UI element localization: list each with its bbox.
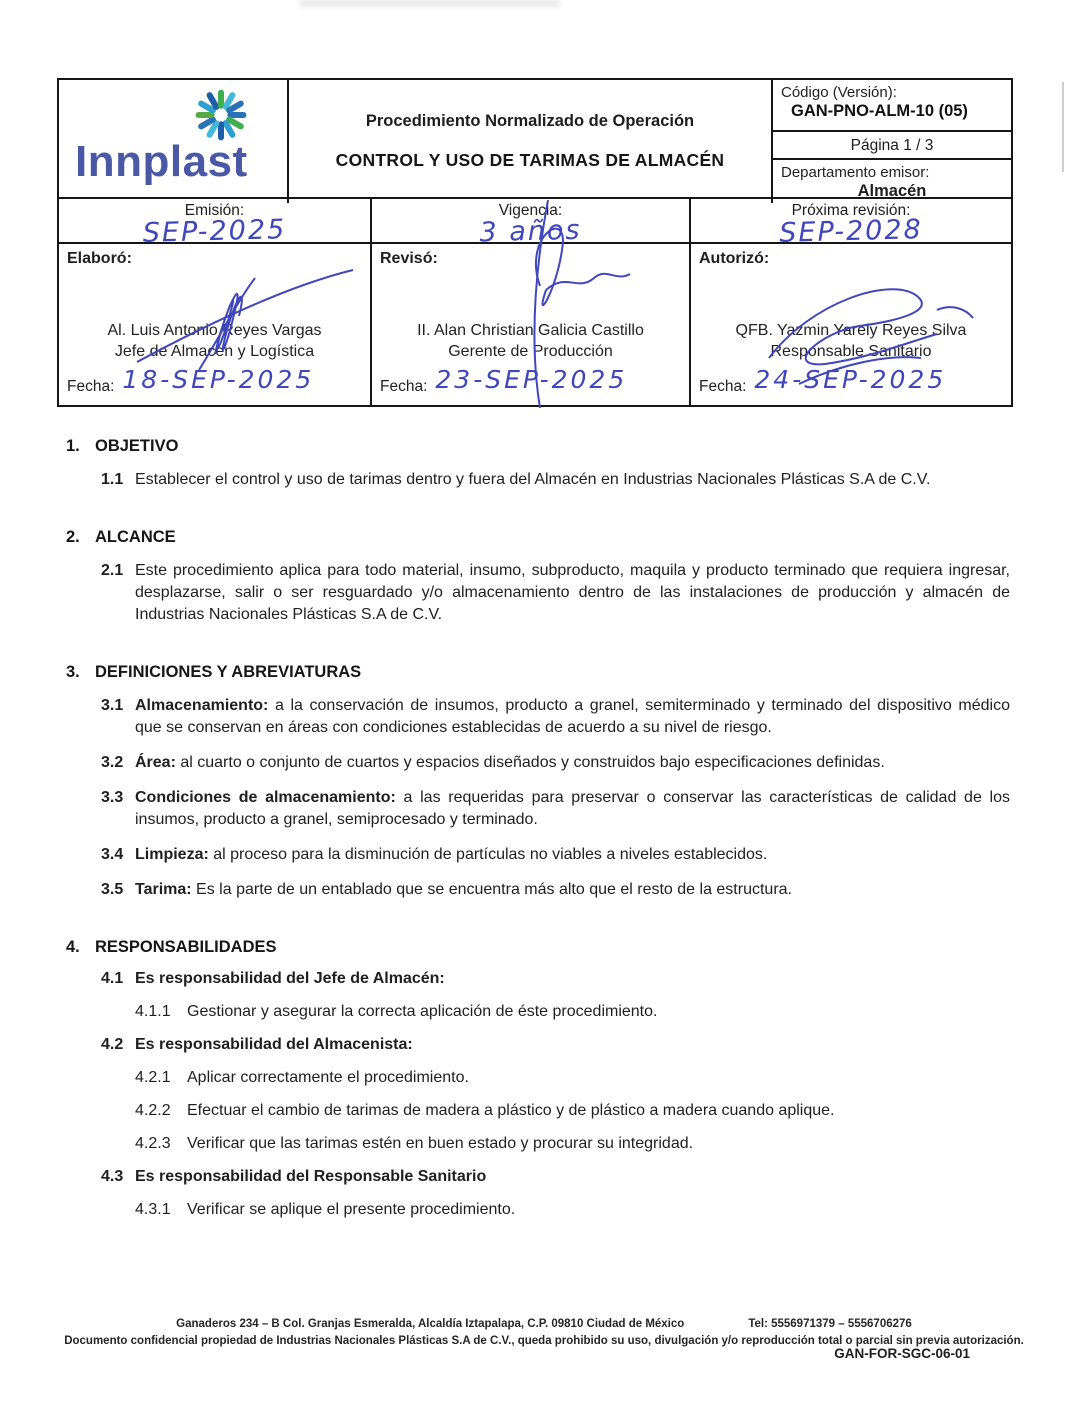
reviso-name: II. Alan Christian Galicia Castillo	[372, 320, 689, 341]
department-box: Departamento emisor: Almacén	[773, 158, 1011, 203]
elaboro-name: Al. Luis Antonio Reyes Vargas	[59, 320, 370, 341]
clause-number: 4.3.1	[135, 1199, 187, 1221]
dates-row: Emisión: SEP-2025 Vigencia: 3 años Próxi…	[59, 197, 1011, 242]
definition-term: Área:	[135, 754, 176, 771]
definition-term: Almacenamiento:	[135, 697, 268, 714]
footer-telephone: Tel: 5556971379 – 5556706276	[748, 1316, 912, 1333]
definition: 3.5 Tarima: Es la parte de un entablado …	[101, 879, 1010, 901]
reviso-role: Gerente de Producción	[372, 341, 689, 362]
autorizo-cell: Autorizó: QFB. Yazmin Yarely Reyes Silva…	[689, 244, 1011, 405]
clause-text: Condiciones de almacenamiento: a las req…	[135, 787, 1010, 831]
elaboro-role: Jefe de Almacen y Logística	[59, 341, 370, 362]
code-box: Código (Versión): GAN-PNO-ALM-10 (05)	[773, 80, 1011, 130]
scan-artifact	[300, 0, 560, 7]
clause-text: Área: al cuarto o conjunto de cuartos y …	[135, 752, 1010, 774]
clause-number: 3.5	[101, 879, 135, 901]
header-row-top: Innplast Procedimiento Normalizado de Op…	[59, 80, 1011, 197]
clause-text: Limpieza: al proceso para la disminución…	[135, 844, 1010, 866]
clause-text: Verificar que las tarimas estén en buen …	[187, 1133, 1010, 1155]
clause-text: Es responsabilidad del Responsable Sanit…	[135, 1166, 1010, 1188]
reviso-fecha-handwritten: 23-SEP-2025	[435, 365, 627, 394]
clause-text: Aplicar correctamente el procedimiento.	[187, 1067, 1010, 1089]
clause-text: Verificar se aplique el presente procedi…	[187, 1199, 1010, 1221]
fecha-label: Fecha:	[67, 378, 114, 395]
clause-number: 4.2.2	[135, 1100, 187, 1122]
scan-artifact	[1062, 82, 1064, 172]
clause-number: 3.2	[101, 752, 135, 774]
department-label: Departamento emisor:	[781, 164, 1003, 181]
page-indicator: Página 1 / 3	[773, 130, 1011, 158]
section-number: 4.	[66, 938, 95, 957]
elaboro-fecha-handwritten: 18-SEP-2025	[122, 365, 314, 394]
footer-form-code: GAN-FOR-SGC-06-01	[834, 1346, 970, 1361]
section-definiciones: 3. DEFINICIONES Y ABREVIATURAS 3.1 Almac…	[66, 663, 1010, 901]
clause-text: Tarima: Es la parte de un entablado que …	[135, 879, 1010, 901]
clause-number: 3.3	[101, 787, 135, 831]
section-objetivo: 1. OBJETIVO 1.1 Establecer el control y …	[66, 437, 1010, 491]
header-table: Innplast Procedimiento Normalizado de Op…	[57, 78, 1013, 407]
clause-text: Es responsabilidad del Almacenista:	[135, 1034, 1010, 1056]
emission-cell: Emisión: SEP-2025	[59, 199, 370, 242]
elaboro-name-role: Al. Luis Antonio Reyes Vargas Jefe de Al…	[59, 320, 370, 362]
clause-number: 4.1	[101, 968, 135, 990]
document-page: Innplast Procedimiento Normalizado de Op…	[0, 0, 1088, 1408]
section-title: ALCANCE	[95, 528, 176, 547]
autorizo-fecha-handwritten: 24-SEP-2025	[754, 365, 946, 394]
clause: 1.1 Establecer el control y uso de tarim…	[101, 469, 1010, 491]
clause-text: Efectuar el cambio de tarimas de madera …	[187, 1100, 1010, 1122]
validity-cell: Vigencia: 3 años	[370, 199, 689, 242]
clause-number: 3.4	[101, 844, 135, 866]
clause-text: Gestionar y asegurar la correcta aplicac…	[187, 1001, 1010, 1023]
clause: 2.1 Este procedimiento aplica para todo …	[101, 560, 1010, 626]
clause-number: 3.1	[101, 695, 135, 739]
section-title: DEFINICIONES Y ABREVIATURAS	[95, 663, 361, 682]
definition: 3.1 Almacenamiento: a la conservación de…	[101, 695, 1010, 739]
responsibility: 4.3 Es responsabilidad del Responsable S…	[101, 1166, 1010, 1188]
definition: 3.3 Condiciones de almacenamiento: a las…	[101, 787, 1010, 831]
reviso-fecha: Fecha:23-SEP-2025	[380, 368, 627, 397]
section-alcance: 2. ALCANCE 2.1 Este procedimiento aplica…	[66, 528, 1010, 626]
logo-cell: Innplast	[59, 80, 287, 203]
title-cell: Procedimiento Normalizado de Operación C…	[287, 80, 771, 203]
clause-text: Es responsabilidad del Jefe de Almacén:	[135, 968, 1010, 990]
document-type: Procedimiento Normalizado de Operación	[366, 112, 694, 131]
definition: 3.4 Limpieza: al proceso para la disminu…	[101, 844, 1010, 866]
code-label: Código (Versión):	[781, 84, 1003, 101]
signatures-row: Elaboró: Al. Luis Antonio Reyes Vargas J…	[59, 242, 1011, 405]
next-review-cell: Próxima revisión: SEP-2028	[689, 199, 1011, 242]
section-number: 3.	[66, 663, 95, 682]
code-value: GAN-PNO-ALM-10 (05)	[781, 102, 1003, 121]
clause-number: 4.2.1	[135, 1067, 187, 1089]
autorizo-name-role: QFB. Yazmin Yarely Reyes Silva Responsab…	[691, 320, 1011, 362]
definition-term: Tarima:	[135, 881, 192, 898]
logo-text: Innplast	[75, 137, 248, 187]
section-responsabilidades: 4. RESPONSABILIDADES 4.1 Es responsabili…	[66, 938, 1010, 1221]
responsibility-sub: 4.2.3 Verificar que las tarimas estén en…	[135, 1133, 1010, 1155]
fecha-label: Fecha:	[380, 378, 427, 395]
autorizo-fecha: Fecha:24-SEP-2025	[699, 368, 946, 397]
elaboro-label: Elaboró:	[67, 250, 132, 268]
section-title: OBJETIVO	[95, 437, 178, 456]
responsibility-sub: 4.3.1 Verificar se aplique el presente p…	[135, 1199, 1010, 1221]
responsibility: 4.1 Es responsabilidad del Jefe de Almac…	[101, 968, 1010, 990]
definition: 3.2 Área: al cuarto o conjunto de cuarto…	[101, 752, 1010, 774]
definition-term: Limpieza:	[135, 846, 209, 863]
clause-number: 2.1	[101, 560, 135, 626]
reviso-name-role: II. Alan Christian Galicia Castillo Gere…	[372, 320, 689, 362]
definition-term: Condiciones de almacenamiento:	[135, 789, 396, 806]
reviso-cell: Revisó: II. Alan Christian Galicia Casti…	[370, 244, 689, 405]
clause-number: 1.1	[101, 469, 135, 491]
elaboro-cell: Elaboró: Al. Luis Antonio Reyes Vargas J…	[59, 244, 370, 405]
section-title: RESPONSABILIDADES	[95, 938, 277, 957]
clause-text: Almacenamiento: a la conservación de ins…	[135, 695, 1010, 739]
autorizo-role: Responsable Sanitario	[691, 341, 1011, 362]
clause-text: Este procedimiento aplica para todo mate…	[135, 560, 1010, 626]
document-title: CONTROL Y USO DE TARIMAS DE ALMACÉN	[336, 150, 725, 171]
fecha-label: Fecha:	[699, 378, 746, 395]
responsibility: 4.2 Es responsabilidad del Almacenista:	[101, 1034, 1010, 1056]
elaboro-fecha: Fecha:18-SEP-2025	[67, 368, 314, 397]
clause-number: 4.3	[101, 1166, 135, 1188]
autorizo-label: Autorizó:	[699, 250, 769, 268]
responsibility-sub: 4.2.1 Aplicar correctamente el procedimi…	[135, 1067, 1010, 1089]
code-column: Código (Versión): GAN-PNO-ALM-10 (05) Pá…	[771, 80, 1011, 203]
reviso-label: Revisó:	[380, 250, 438, 268]
innplast-pinwheel-icon	[193, 87, 249, 143]
clause-number: 4.1.1	[135, 1001, 187, 1023]
responsibility-sub: 4.2.2 Efectuar el cambio de tarimas de m…	[135, 1100, 1010, 1122]
clause-text: Establecer el control y uso de tarimas d…	[135, 469, 1010, 491]
section-number: 1.	[66, 437, 95, 456]
section-number: 2.	[66, 528, 95, 547]
document-body: 1. OBJETIVO 1.1 Establecer el control y …	[0, 437, 1088, 1221]
autorizo-name: QFB. Yazmin Yarely Reyes Silva	[691, 320, 1011, 341]
clause-number: 4.2.3	[135, 1133, 187, 1155]
footer-address: Ganaderos 234 – B Col. Granjas Esmeralda…	[176, 1316, 684, 1333]
document-footer: Ganaderos 234 – B Col. Granjas Esmeralda…	[0, 1316, 1088, 1350]
clause-number: 4.2	[101, 1034, 135, 1056]
responsibility-sub: 4.1.1 Gestionar y asegurar la correcta a…	[135, 1001, 1010, 1023]
